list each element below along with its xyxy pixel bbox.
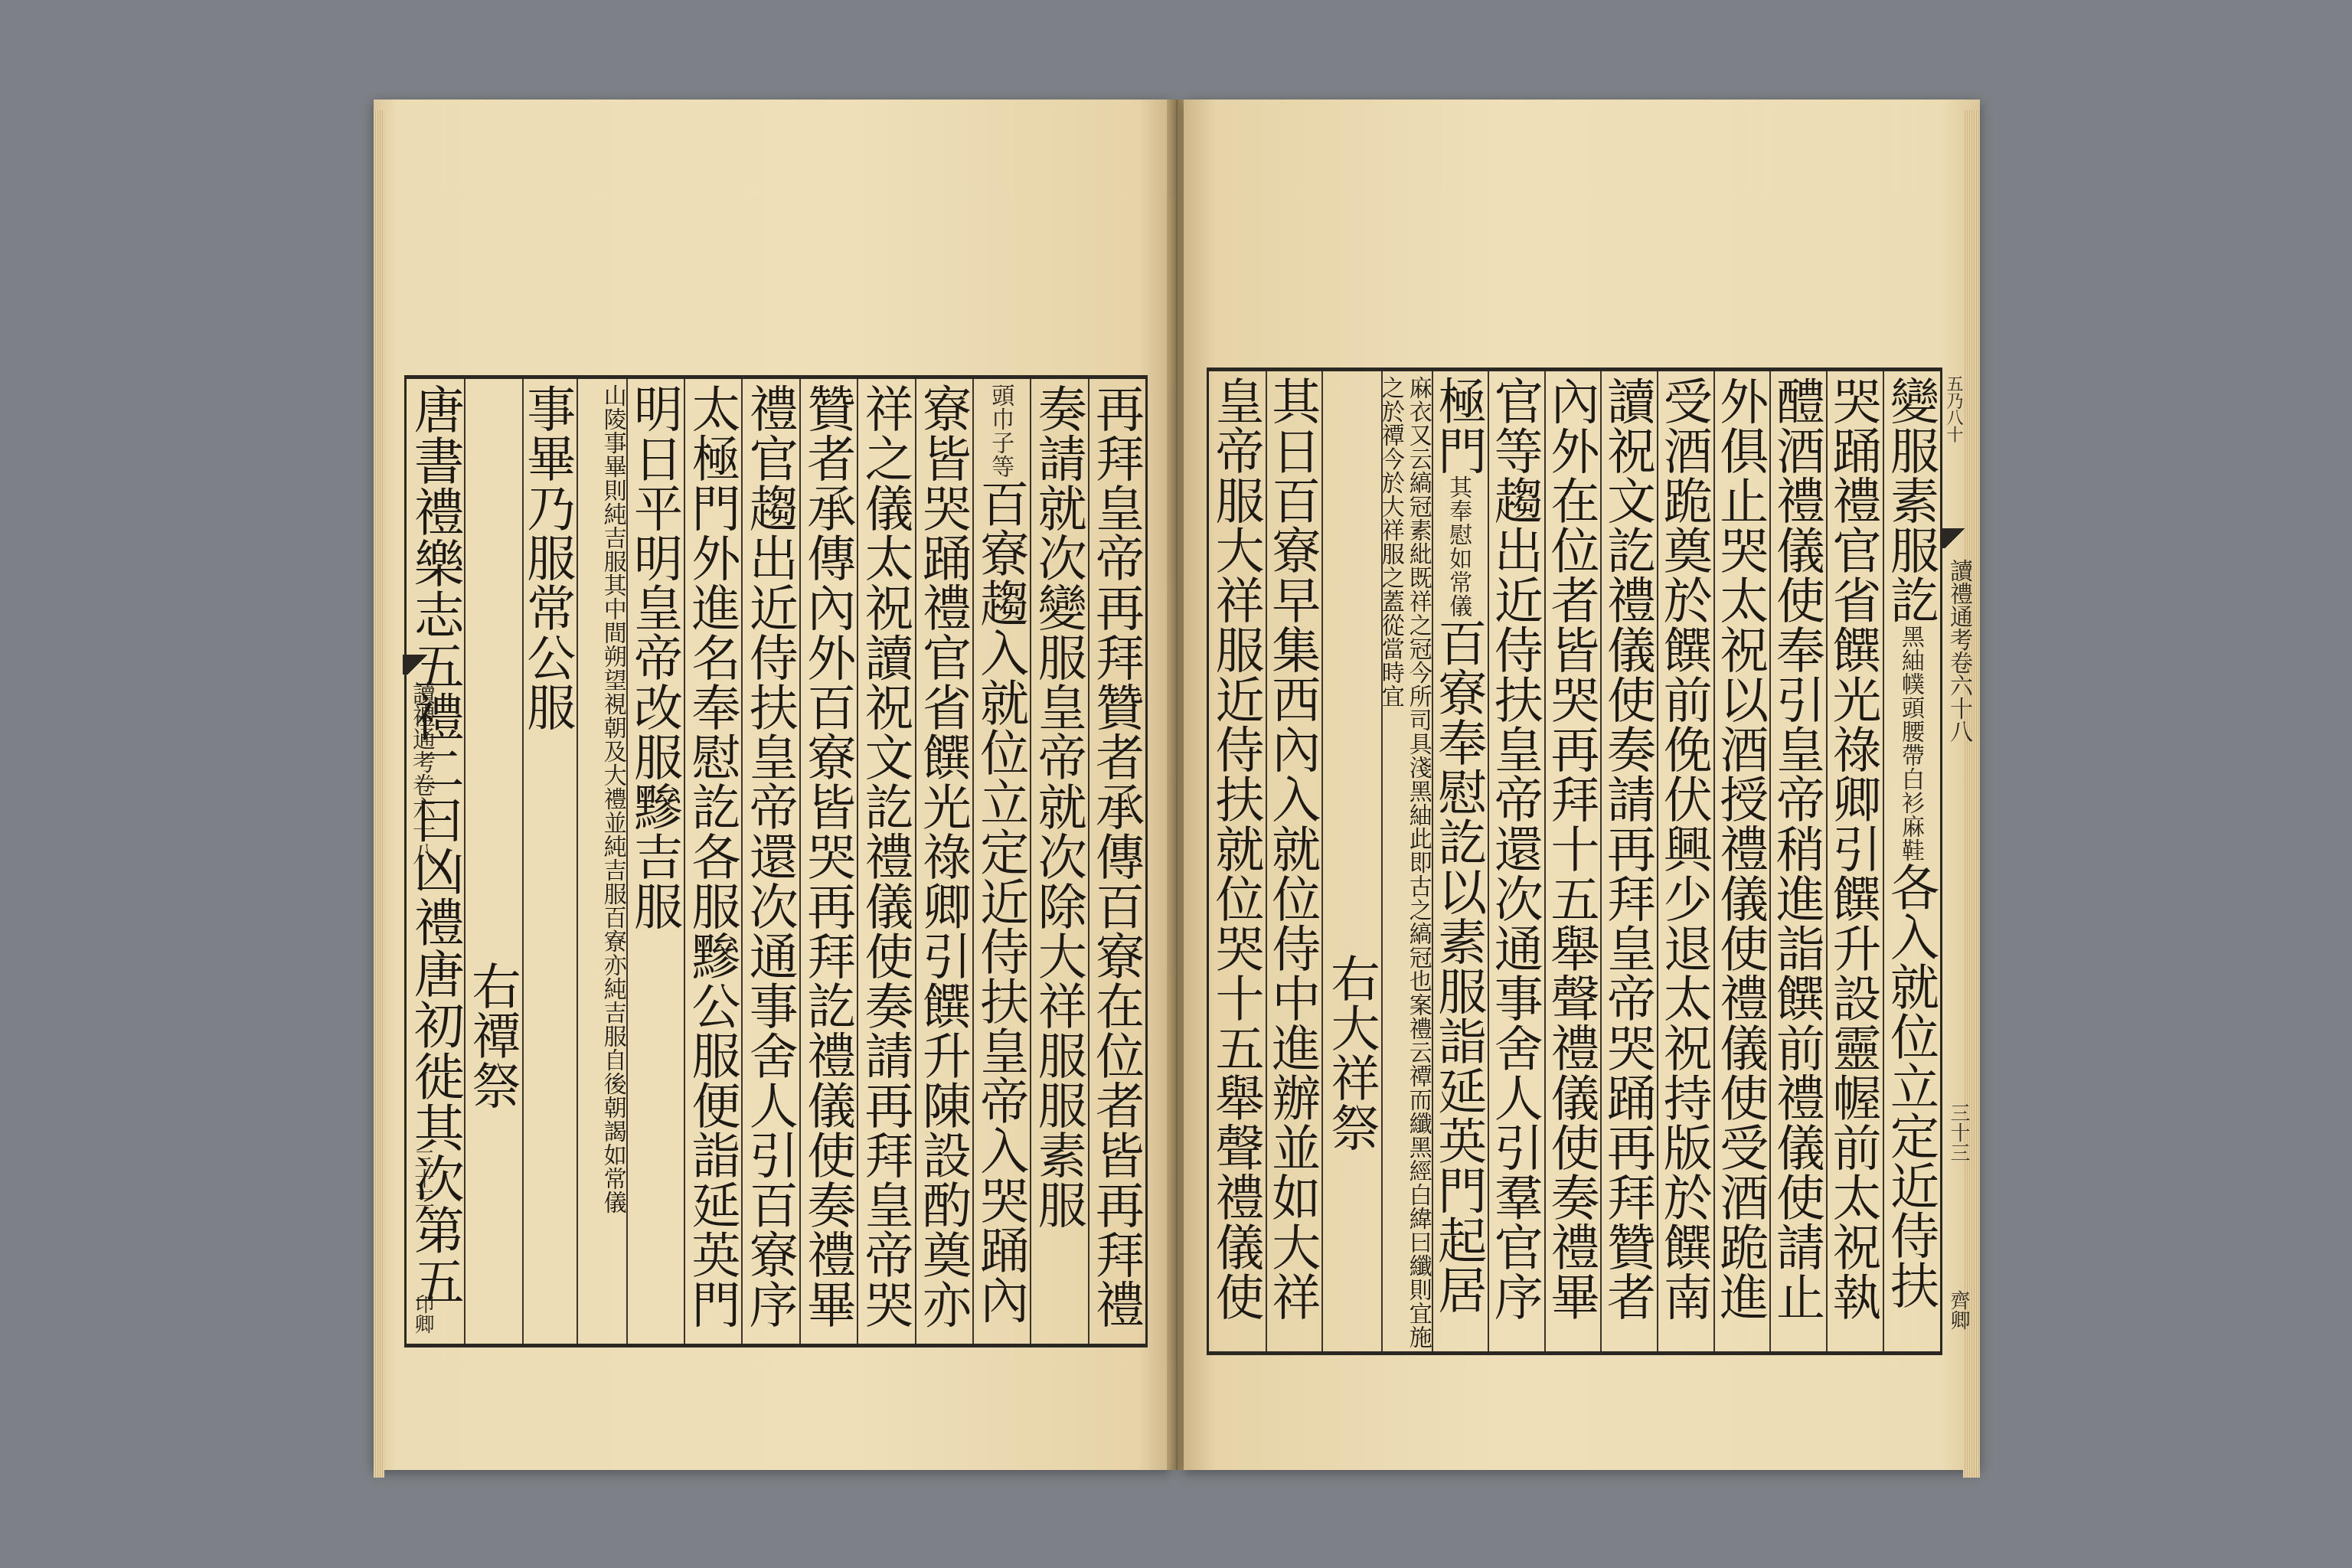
text-column: 明日平明皇帝改服黲吉服淡淺黃衫細黑紬幞頭巾子麻鞋吉腰帶伏準貞觀永徽開元故事服此服… [626,379,684,1344]
right-page: 五乃八十 讀禮通考卷六十八 三十三 齊卿 變服素服訖黑紬幞頭腰帶白衫麻鞋各入就位… [1184,100,1980,1470]
text-column: 外俱止哭太祝以酒授禮儀使禮儀使受酒跪進皇帝 [1713,371,1770,1351]
text-column: 祥之儀太祝讀祝文訖禮儀使奏請再拜皇帝哭再拜 [857,379,914,1344]
text-frame-right: 變服素服訖黑紬幞頭腰帶白衫麻鞋各入就位立定近侍扶皇帝就位 哭踊禮官省饌光祿卿引饌… [1207,367,1942,1355]
text-column: 唐書禮樂志五禮二曰凶禮唐初徙其次第五而李義 [407,379,464,1344]
text-column: 太極門外進名奉慰訖各服黲公服便詣延英門起居 [684,379,741,1344]
section-heading: 右禫祭 [464,379,521,1344]
fish-tail-mark-icon [1940,528,1971,548]
page-number-right: 三十三 [1945,1102,1973,1162]
columns-right: 變服素服訖黑紬幞頭腰帶白衫麻鞋各入就位立定近侍扶皇帝就位 哭踊禮官省饌光祿卿引饌… [1209,371,1940,1351]
text-column: 變服素服訖黑紬幞頭腰帶白衫麻鞋各入就位立定近侍扶皇帝就位 [1883,371,1941,1351]
text-column: 頭巾子等百寮趨入就位立定近侍扶皇帝入哭踊內外百 [972,379,1030,1344]
carver-mark-right: 齊卿 [1945,1290,1973,1330]
section-heading: 右大祥祭 [1321,371,1380,1351]
text-column: 事畢乃服常公服 [522,379,577,1344]
page-stack-edge-right [1963,110,1980,1478]
columns-left: 再拜皇帝再拜贊者承傳百寮在位者皆再拜禮儀使 奏請就次變服皇帝就次除大祥服服素服細… [407,379,1145,1344]
text-column: 讀祝文訖禮儀使奏請再拜皇帝哭踊再拜贊者承傳 [1600,371,1657,1351]
annotation-column: 麻衣又云縞冠素紕既祥之冠今所司具淺黑紬此即古之縞冠也案禮云禫而纖黑經白緯曰纖則宜… [1381,371,1432,1351]
text-column: 寮皆哭踊禮官省饌光祿卿引饌升陳設酌奠亦如大 [915,379,972,1344]
text-column: 其日百寮早集西內入就位侍中進辦並如大祥之儀 [1266,371,1322,1351]
fold-title-right: 讀禮通考卷六十八 [1942,559,1975,743]
text-column: 禮官趨出近侍扶皇帝還次通事舍人引百寮序出至 [741,379,799,1344]
page-stack-edge-left [374,110,384,1478]
text-column: 皇帝服大祥服近侍扶就位哭十五舉聲禮儀使奏請 [1209,371,1266,1351]
annotation-column: 山陵事畢則純吉服其中間朔望視朝及大禮並純吉服百寮亦純吉服自後朝謁如常儀 [577,379,626,1344]
text-column: 醴酒禮儀使奉引皇帝稍進詣饌前禮儀使請止哭內 [1769,371,1826,1351]
text-column: 官等趨出近侍扶皇帝還次通事舍人引羣官序出太 [1488,371,1544,1351]
text-column: 再拜皇帝再拜贊者承傳百寮在位者皆再拜禮儀使 [1088,379,1145,1344]
open-book: 讀禮通考卷六十八 三十三 卬卿 再拜皇帝再拜贊者承傳百寮在位者皆再拜禮儀使 奏請… [366,92,1989,1470]
text-column: 奏請就次變服皇帝就次除大祥服服素服細布麻衫腰帶細麻鞋黑紬幞 [1030,379,1087,1344]
text-column: 贊者承傳內外百寮皆哭再拜訖禮儀使奏禮畢遂與 [799,379,857,1344]
text-column: 極門其奉慰如常儀百寮奉慰訖以素服詣延英門起居謹案禮云大祥素縞 [1432,371,1488,1351]
annotation: 頭巾子等 [987,384,1013,479]
text-column: 哭踊禮官省饌光祿卿引饌升設靈幄前太祝執爵酌 [1826,371,1883,1351]
text-frame-left: 再拜皇帝再拜贊者承傳百寮在位者皆再拜禮儀使 奏請就次變服皇帝就次除大祥服服素服細… [404,375,1148,1347]
left-page: 讀禮通考卷六十八 三十三 卬卿 再拜皇帝再拜贊者承傳百寮在位者皆再拜禮儀使 奏請… [374,100,1170,1470]
annotation: 其奉慰如常儀 [1445,475,1471,618]
annotation: 黑紬幞頭腰帶白衫麻鞋 [1897,625,1923,862]
fold-top-note: 五乃八十 [1942,375,1965,443]
text-column: 內外在位者皆哭再拜十五舉聲禮儀使奏禮畢與禮 [1544,371,1601,1351]
text-column: 受酒跪奠於饌前俛伏興少退太祝持版於饌南北向 [1657,371,1713,1351]
